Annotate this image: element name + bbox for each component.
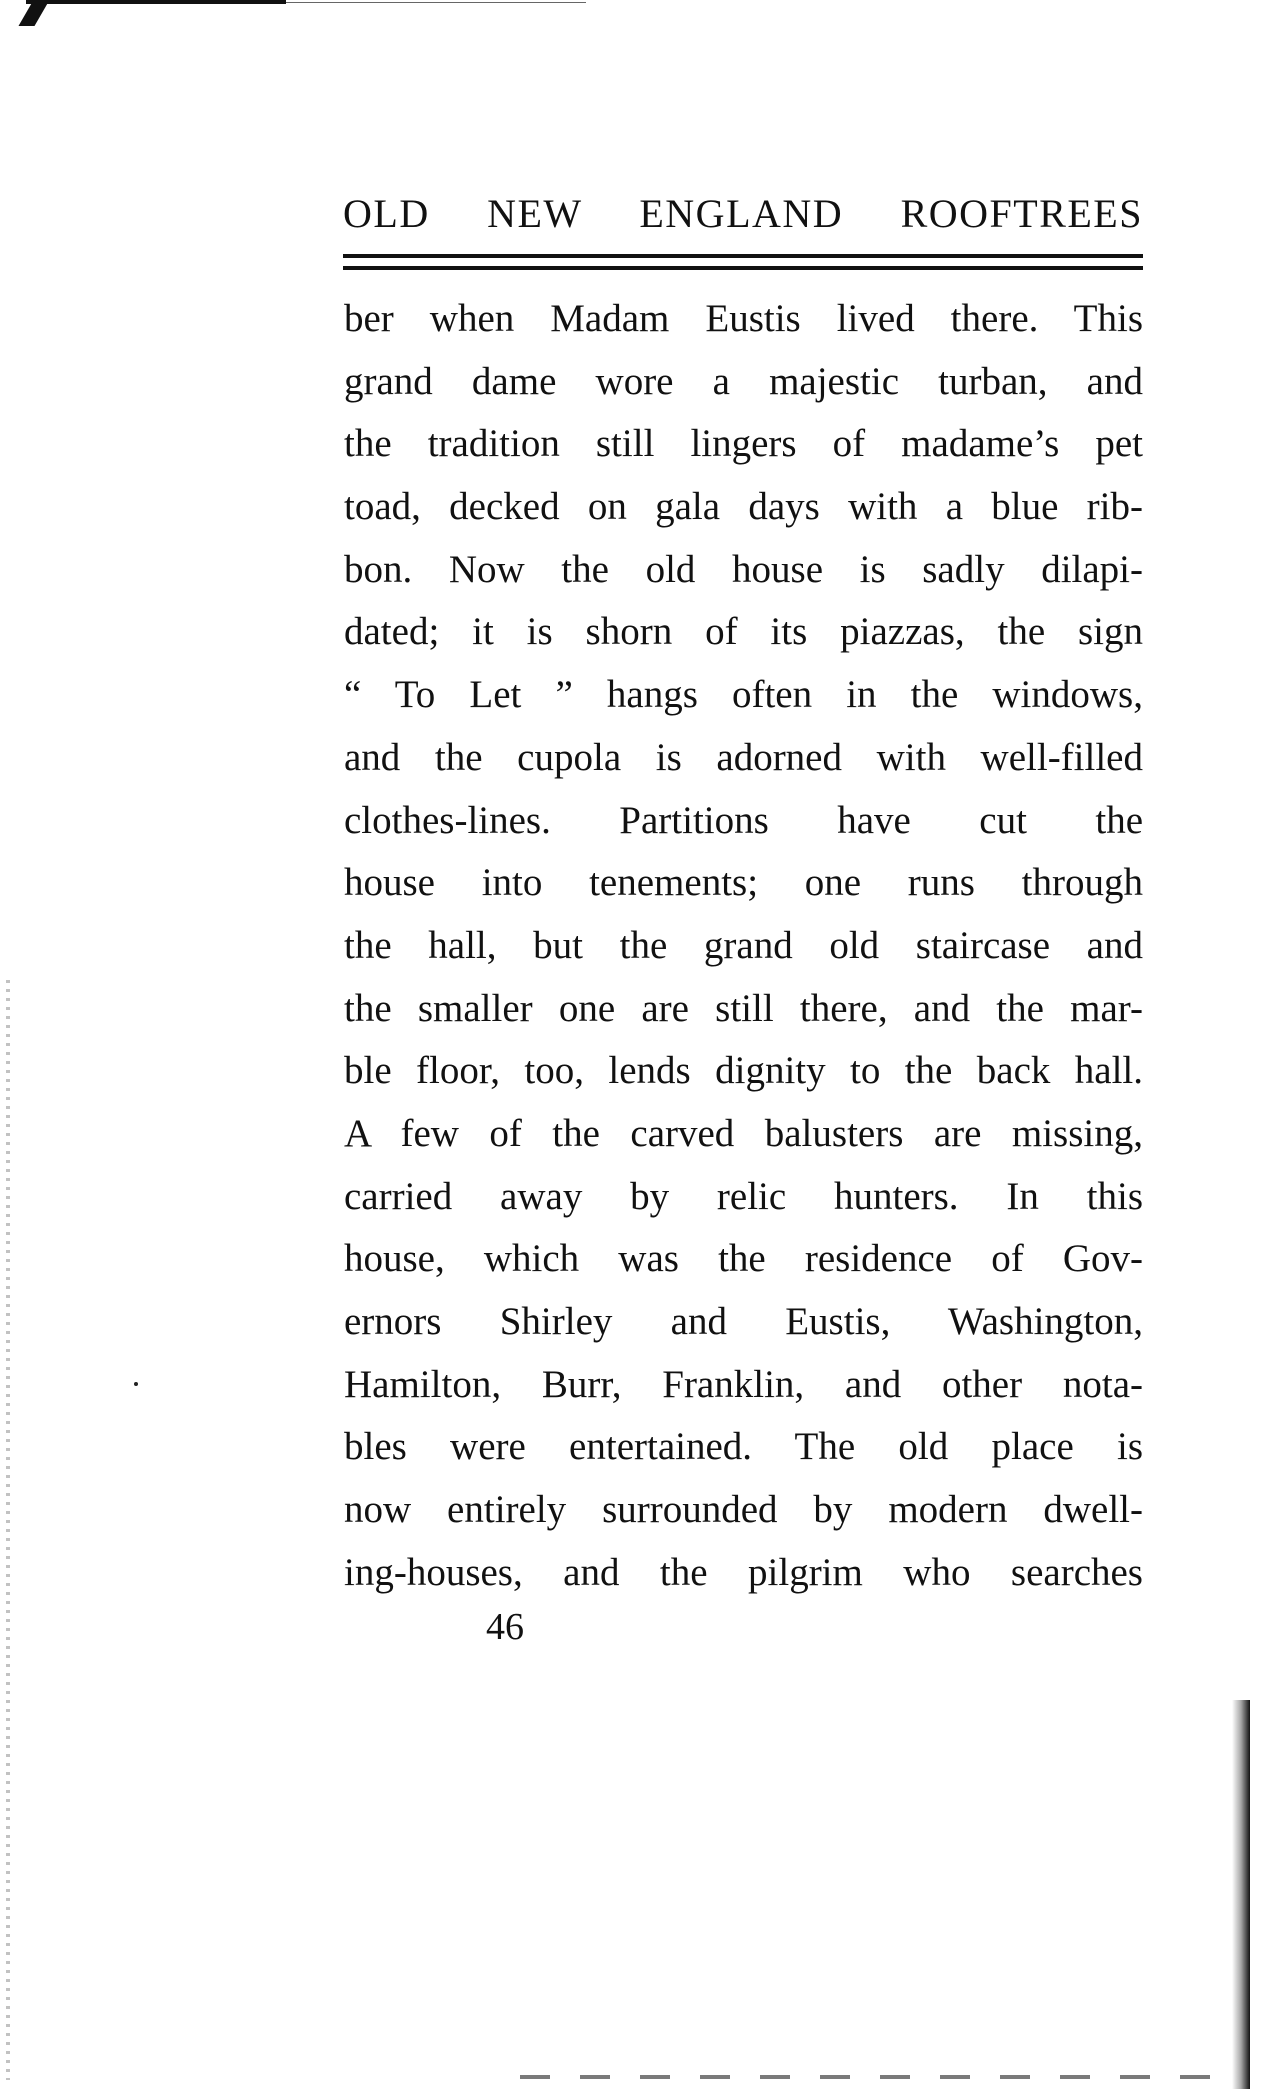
text-line: ber when Madam Eustis lived there. This (344, 288, 1143, 351)
text-line: carried away by relic hunters. In this (344, 1166, 1143, 1229)
body-text: ber when Madam Eustis lived there. This … (344, 288, 1143, 1604)
text-line: the tradition still lingers of madame’s … (344, 413, 1143, 476)
running-header: OLD NEW ENGLAND ROOFTREES (343, 192, 1143, 236)
page-number: 46 (486, 1605, 524, 1649)
text-line: grand dame wore a majestic turban, and (344, 351, 1143, 414)
scan-right-edge-shadow (1232, 1700, 1250, 2089)
text-line: ernors Shirley and Eustis, Washington, (344, 1291, 1143, 1354)
text-line: ble floor, too, lends dignity to the bac… (344, 1040, 1143, 1103)
text-line: the hall, but the grand old staircase an… (344, 915, 1143, 978)
text-line: toad, decked on gala days with a blue ri… (344, 476, 1143, 539)
text-line: bon. Now the old house is sadly dilapi- (344, 539, 1143, 602)
text-line: “ To Let ” hangs often in the windows, (344, 664, 1143, 727)
header-rule-bottom (343, 266, 1143, 270)
scan-edge-artifact (26, 0, 286, 4)
text-line: now entirely surrounded by modern dwell- (344, 1479, 1143, 1542)
text-line: clothes-lines. Partitions have cut the (344, 790, 1143, 853)
scan-left-edge-speckle (6, 980, 10, 2080)
book-page: OLD NEW ENGLAND ROOFTREES ber when Madam… (0, 0, 1261, 2089)
scan-speck (134, 1382, 138, 1386)
text-line: Hamilton, Burr, Franklin, and other nota… (344, 1354, 1143, 1417)
text-line: ing-houses, and the pilgrim who searches (344, 1542, 1143, 1605)
text-line: house into tenements; one runs through (344, 852, 1143, 915)
scan-corner-artifact (18, 0, 49, 26)
scan-bottom-edge-artifact (520, 2075, 1232, 2079)
text-line: house, which was the residence of Gov- (344, 1228, 1143, 1291)
header-rule-top (343, 254, 1143, 258)
text-line: the smaller one are still there, and the… (344, 978, 1143, 1041)
scan-edge-line (286, 2, 586, 3)
text-line: and the cupola is adorned with well-fill… (344, 727, 1143, 790)
text-line: A few of the carved balusters are missin… (344, 1103, 1143, 1166)
text-line: dated; it is shorn of its piazzas, the s… (344, 601, 1143, 664)
text-line: bles were entertained. The old place is (344, 1416, 1143, 1479)
